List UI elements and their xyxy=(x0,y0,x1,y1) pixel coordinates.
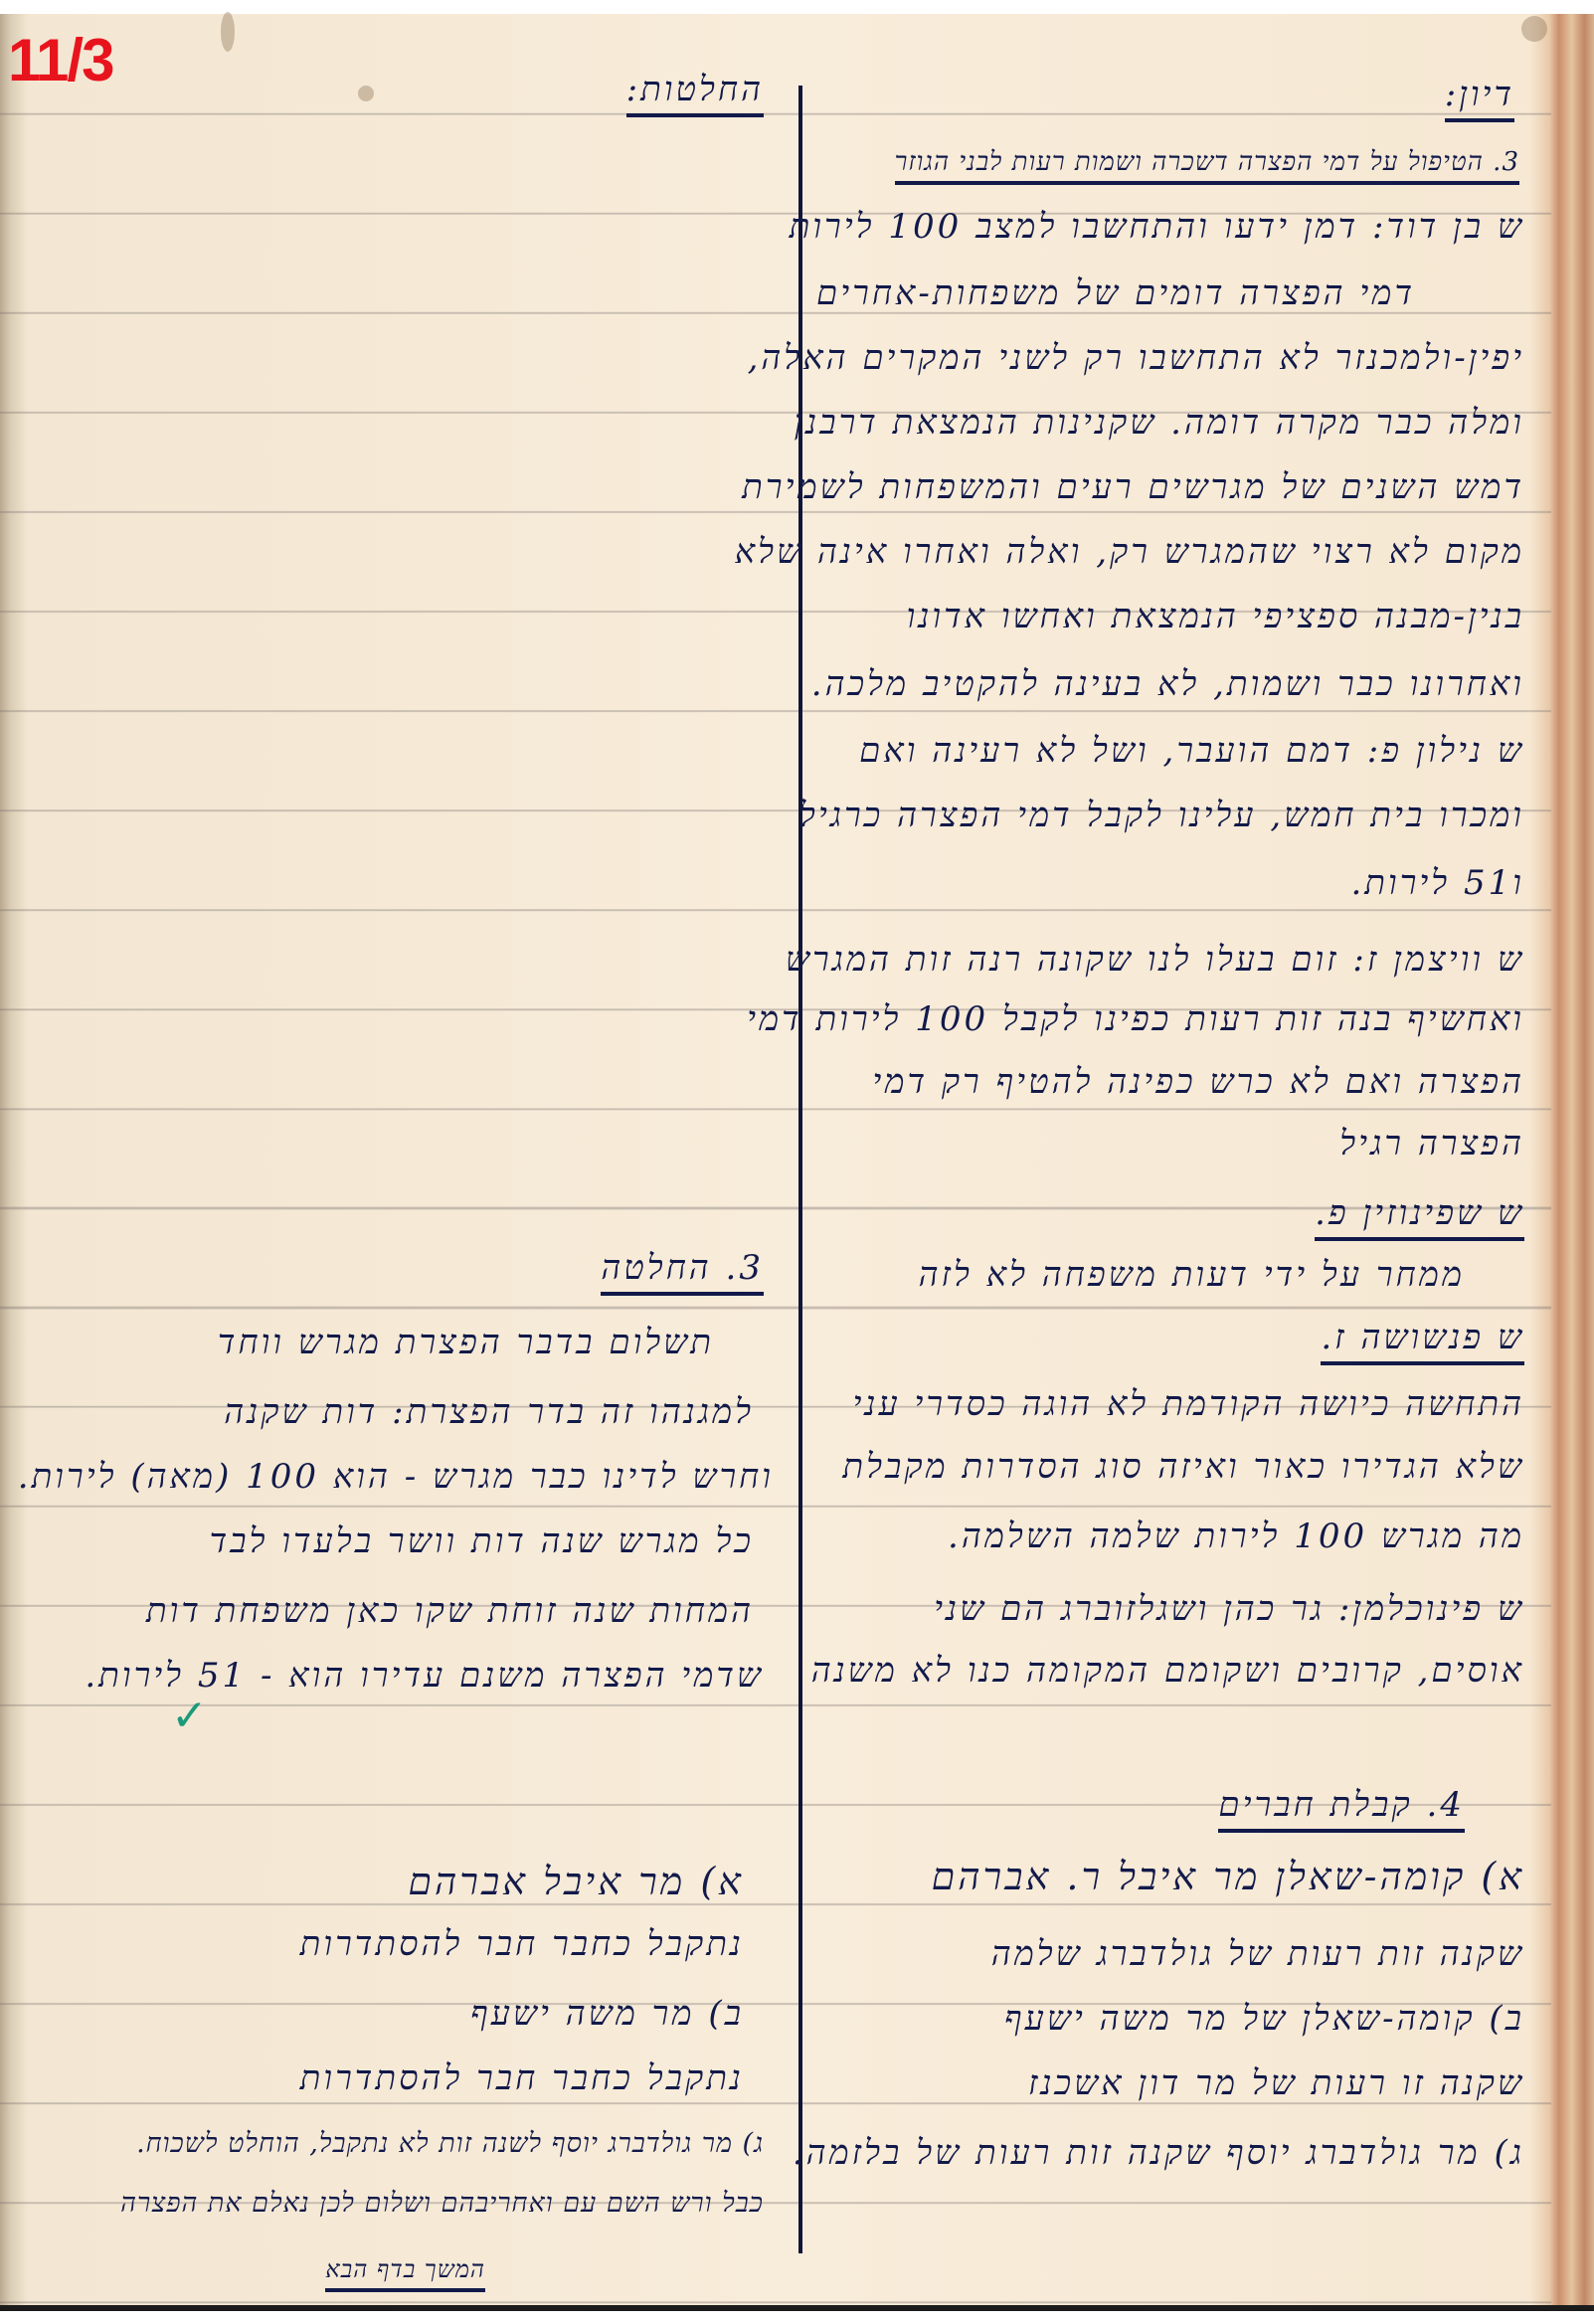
text-line: ואחשיף בנה זות רעות כפינו לקבל 100 לירות… xyxy=(747,999,1524,1039)
text-line: תשלום בדבר הפצרת מגרש ווחד xyxy=(218,1323,714,1362)
decisions-heading: החלטות: xyxy=(626,70,764,117)
text-line: ממחר על ידי דעות משפחה לא לזה xyxy=(919,1255,1465,1295)
text-line: ש פינוכלמן: גר כהן ושגלזוברג הם שני xyxy=(934,1589,1524,1629)
text-line: מקום לא רצוי שהמגרש רק, ואלה ואחרו אינה … xyxy=(735,532,1524,572)
text-line: למגנהו זה בדר הפצרת: דות שקנה xyxy=(224,1392,754,1432)
text-line: ב) קומה-שאלן של מר משה ישעף xyxy=(1004,1999,1524,2039)
text-line: שלא הגדירו כאור ואיזה סוג הסדרות מקבלת xyxy=(842,1447,1524,1487)
text-line: ו51 לירות. xyxy=(1350,863,1524,903)
text-line: ג) מר גולדברג יוסף לשנה זות לא נתקבל, הו… xyxy=(136,2128,764,2159)
text-line: ש וויצמן ז: זום בעלו לנו שקונה רנה זות ה… xyxy=(786,940,1524,980)
text-line: אוסים, קרובים ושקומם המקומה כנו לא משנה xyxy=(811,1651,1524,1691)
continued-next-page: המשך בדף הבא xyxy=(325,2255,485,2292)
text-line: כל מגרש שנה דות וושר בלעדו לבד xyxy=(210,1521,754,1561)
discussion-heading: דיון: xyxy=(1445,75,1514,122)
text-line: ש בן דוד: דמן ידעו והתחשבו למצב 100 לירו… xyxy=(790,207,1524,247)
text-line: הפצרה ואם לא כרש כפינה להטיף רק דמי xyxy=(872,1062,1524,1102)
text-line: מה מגרש 100 לירות שלמה השלמה. xyxy=(948,1517,1524,1556)
text-line: דמי הפצרה דומים של משפחות-אחרים xyxy=(816,273,1415,313)
text-line: יפין-ולמכנזר לא התחשבו רק לשני המקרים הא… xyxy=(748,338,1524,378)
text-line: שקנה זות רעות של גולדברג שלמה xyxy=(991,1934,1524,1974)
text-line: א) קומה-שאלן מר איבל ר. אברהם xyxy=(932,1855,1524,1899)
text-line: ג) מר גולדברג יוסף שקנה זות רעות של בלזמ… xyxy=(793,2133,1524,2173)
item-4-title: 4. קבלת חברים xyxy=(1218,1785,1465,1833)
decisions-column: החלטות: 3. החלטה תשלום בדבר הפצרת מגרש ו… xyxy=(18,0,784,2324)
text-line: כבל ורש השם עם ואחריבהם ושלום לכן נאלם א… xyxy=(120,2188,764,2219)
checkmark-icon: ✓ xyxy=(171,1691,208,1741)
discussion-column: דיון: 3. הטיפול על דמי הפצרה דשכרה ושמות… xyxy=(808,0,1524,2324)
text-line: המחות שנה זוחת שקו כאן משפחת דות xyxy=(146,1591,754,1631)
text-line: נתקבל כחבר חבר להסתדרות xyxy=(300,1924,744,1964)
text-line: ואחרונו כבר ושמות, לא בעינה להקטיב מלכה. xyxy=(811,664,1524,704)
text-line: שקנה זו רעות של מר דון אשכנז xyxy=(1028,2063,1524,2103)
text-line: דמש השנים של מגרשים רעים והמשפחות לשמירת xyxy=(742,467,1524,507)
speaker-line: ש פנשושה ז. xyxy=(1321,1318,1524,1365)
text-line: ומכרו בית חמש, עלינו לקבל דמי הפצרה כרגי… xyxy=(799,796,1524,835)
text-line: א) מר איבל אברהם xyxy=(408,1860,744,1904)
text-line: ש נילון פ: דמם הועבר, ושל לא רעינה ואם xyxy=(859,731,1524,771)
text-line: הפצרה רגיל xyxy=(1339,1124,1524,1163)
text-line: ב) מר משה ישעף xyxy=(470,1994,744,2034)
text-line: התחשה כיושה הקודמת לא הוגה כסדרי עני xyxy=(852,1384,1524,1424)
stain xyxy=(1521,16,1547,42)
text-line: וחרש לדינו כבר מגרש - הוא 100 (מאה) לירו… xyxy=(18,1457,774,1497)
text-line: בנין-מבנה ספציפי הנמצאת ואחשו אדונו xyxy=(907,597,1524,636)
item-3-title: 3. הטיפול על דמי הפצרה דשכרה ושמות רעות … xyxy=(895,147,1519,185)
speaker-line: ש שפינוזין פ. xyxy=(1315,1193,1524,1241)
item-3-decision-title: 3. החלטה xyxy=(601,1248,764,1296)
text-line: שדמי הפצרה משנם עדירו הוא - 51 לירות. xyxy=(85,1656,764,1696)
text-line: ומלה כבר מקרה דומה. שקנינות הנמצאת דרבנן xyxy=(794,403,1524,443)
text-line: נתקבל כחבר חבר להסתדרות xyxy=(300,2058,744,2098)
